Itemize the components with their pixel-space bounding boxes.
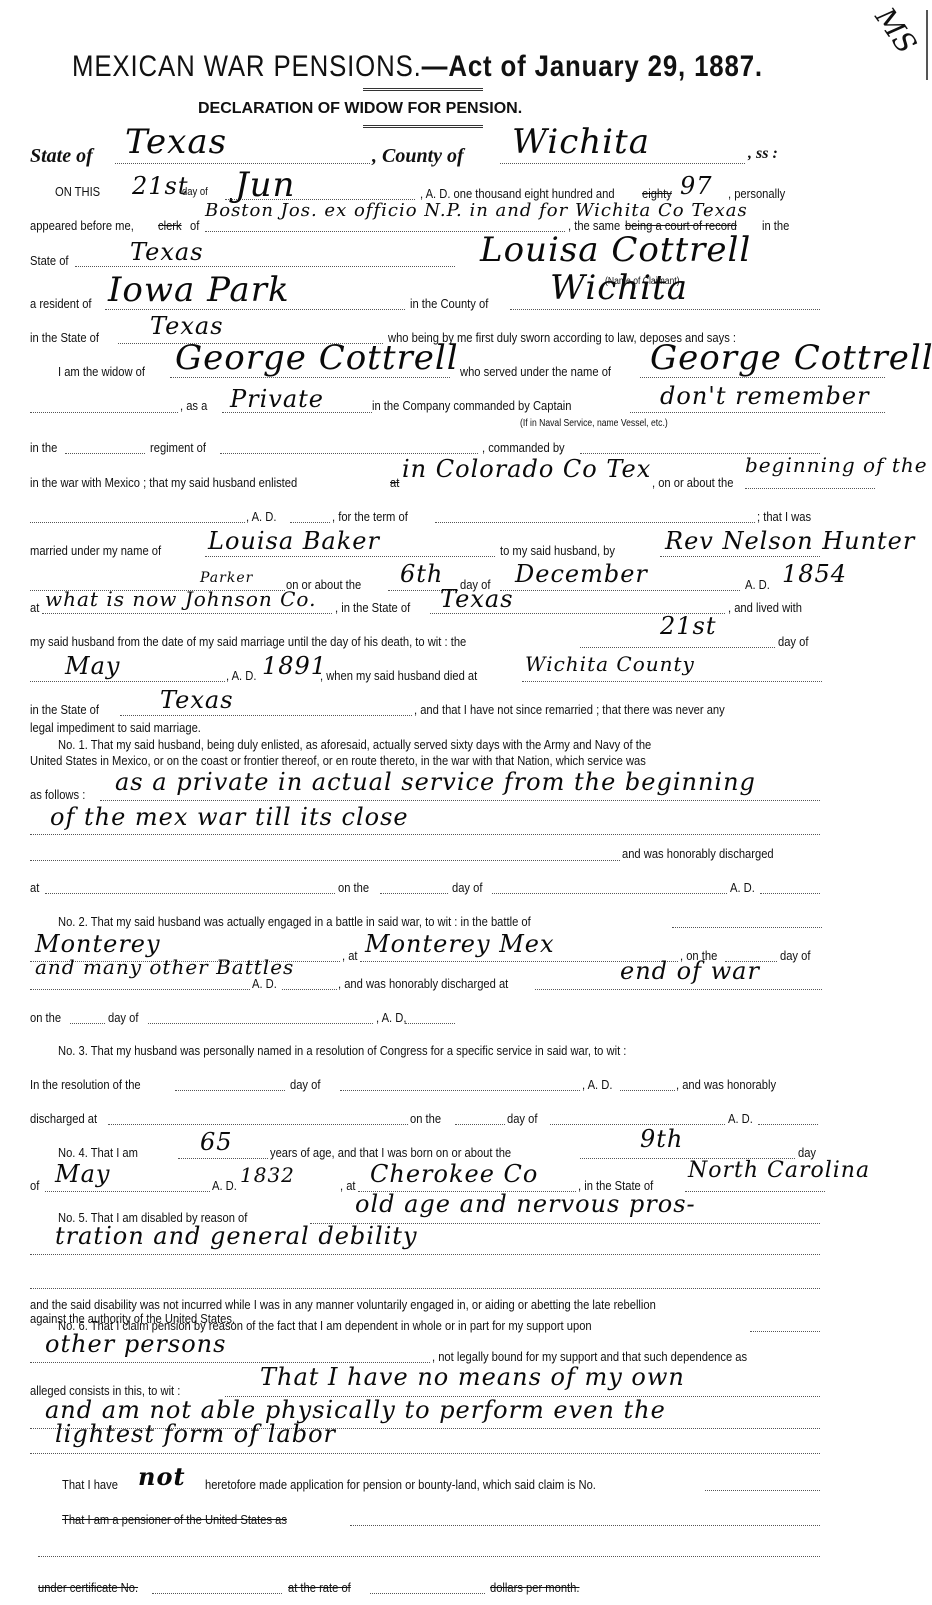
subtitle-divider	[363, 125, 483, 128]
death-month-line	[30, 681, 225, 682]
as-follows-label: as follows :	[30, 787, 85, 802]
no1-day-of-label: day of	[452, 880, 482, 895]
death-place-line	[522, 681, 822, 682]
widow-of-label: I am the widow of	[58, 364, 145, 379]
certificate-line	[152, 1593, 282, 1594]
battle-month-line	[30, 989, 250, 990]
marriage-place-correction: Parker	[200, 570, 253, 586]
maiden-name: Louisa Baker	[208, 527, 380, 555]
support-line-start	[750, 1331, 820, 1332]
term-line	[435, 522, 755, 523]
disability-line-3	[30, 1288, 820, 1289]
resolution-of-label: In the resolution of the	[30, 1077, 141, 1092]
no3-month-line	[550, 1124, 725, 1125]
resolution-day-of-label: day of	[290, 1077, 320, 1092]
birth-month: May	[55, 1160, 110, 1188]
officiant-value: Rev Nelson Hunter	[665, 527, 915, 555]
no2-discharge-value: end of war	[620, 957, 760, 985]
battle-name: Monterey	[35, 930, 161, 958]
age-line	[178, 1158, 268, 1159]
that-i-have-label: That I have	[62, 1477, 118, 1492]
captain-line	[630, 412, 885, 413]
enlist-year-line	[290, 522, 330, 523]
birth-year: 1832	[240, 1163, 295, 1187]
state-label: State of	[30, 145, 93, 168]
state-value: Texas	[125, 122, 227, 162]
appeared-label: appeared before me,	[30, 218, 134, 233]
death-day-line	[580, 647, 775, 648]
rate-struck: at the rate of	[288, 1580, 351, 1595]
to-husband-label: to my said husband, by	[500, 543, 615, 558]
resolution-year-line	[620, 1090, 675, 1091]
pensioner-line	[350, 1525, 820, 1526]
year-struck: eighty	[642, 186, 672, 201]
no3-discharge-line	[108, 1124, 408, 1125]
no2-year-line	[405, 1023, 455, 1024]
death-state-line	[120, 715, 412, 716]
no3-year-line	[758, 1124, 818, 1125]
service-prefix-line	[30, 412, 178, 413]
battle-line-start	[672, 927, 822, 928]
resident-county-value: Wichita	[550, 268, 688, 308]
pensioner-line-2	[38, 1556, 820, 1557]
term-label: , for the term of	[332, 509, 408, 524]
no2-text: No. 2. That my said husband was actually…	[58, 914, 531, 929]
birth-day: 9th	[640, 1125, 683, 1153]
declaration-year: 97	[680, 172, 713, 200]
company-label: in the Company commanded by Captain	[372, 398, 571, 413]
form-title-main: MEXICAN WAR PENSIONS.	[72, 50, 422, 83]
maiden-name-line	[205, 556, 495, 557]
battle-ad-label: A. D.	[252, 976, 277, 991]
ad-text: , A. D. one thousand eight hundred and	[420, 186, 615, 201]
day-of-label: day of	[182, 186, 208, 198]
page-edge-mark	[926, 10, 928, 80]
married-under-label: married under my name of	[30, 543, 161, 558]
rank-value: Private	[230, 385, 324, 413]
marriage-month-line	[500, 590, 740, 591]
margin-initials-note: MS	[869, 1, 923, 59]
not-remarried-text: , and that I have not since remarried ; …	[414, 702, 725, 717]
death-ad-label: , A. D.	[226, 668, 256, 683]
officiant-line	[660, 556, 820, 557]
no2-discharge-line	[535, 989, 822, 990]
enlist-date-value: beginning of the mex war	[745, 453, 932, 477]
no3-day-of-label: day of	[507, 1111, 537, 1126]
certificate-struck: under certificate No.	[38, 1580, 138, 1595]
no2-day-of-label: day of	[108, 1010, 138, 1025]
claim-number-line	[705, 1490, 820, 1491]
birth-place: Cherokee Co	[370, 1160, 538, 1188]
disability-line-2	[30, 1254, 820, 1255]
not-value: not	[138, 1462, 186, 1491]
birth-at-label: , at	[340, 1178, 356, 1193]
age-value: 65	[200, 1128, 233, 1156]
no1-day-line	[380, 893, 448, 894]
no1-at-label: at	[30, 880, 39, 895]
death-state: Texas	[160, 686, 234, 714]
no1-on-the-label: on the	[338, 880, 369, 895]
service-line-3	[30, 860, 620, 861]
no1-ad-label: A. D.	[730, 880, 755, 895]
no2-month-line	[148, 1023, 373, 1024]
dependence-reason-1: That I have no means of my own	[260, 1363, 685, 1391]
service-description-2: of the mex war till its close	[50, 803, 409, 831]
no2-day-line	[70, 1023, 105, 1024]
death-state-label: in the State of	[30, 702, 99, 717]
disability-reason-2: tration and general debility	[55, 1222, 418, 1250]
no1-text-2: United States in Mexico, or on the coast…	[30, 753, 646, 768]
resolution-month-line	[340, 1090, 580, 1091]
dependence-reason-3: lightest form of labor	[55, 1420, 336, 1448]
claimant-state-line	[75, 266, 455, 267]
birth-month-line	[45, 1191, 210, 1192]
service-line-1	[100, 800, 820, 801]
no3-text: No. 3. That my husband was personally na…	[58, 1043, 626, 1058]
claimant-state-value: Texas	[130, 238, 204, 266]
years-text: years of age, and that I was born on or …	[270, 1145, 511, 1160]
impediment-text: legal impediment to said marriage.	[30, 720, 201, 735]
court-text-2: in the	[762, 218, 789, 233]
disability-reason-1: old age and nervous pros-	[355, 1190, 696, 1218]
in-state-value: Texas	[150, 312, 224, 340]
county-value: Wichita	[512, 122, 650, 162]
resident-label: a resident of	[30, 296, 92, 311]
until-death-text: my said husband from the date of my said…	[30, 634, 466, 649]
enlist-ad-label: , A. D.	[246, 509, 276, 524]
marriage-place: what is now Johnson Co.	[45, 587, 316, 611]
in-the-label: in the	[30, 440, 57, 455]
form-title-act: —Act of January 29, 1887.	[422, 50, 763, 83]
death-day: 21st	[660, 612, 717, 640]
resolution-day-line	[175, 1090, 285, 1091]
marriage-month: December	[515, 560, 648, 588]
of-label: of	[190, 218, 199, 233]
no2-on-the-label: on the	[30, 1010, 61, 1025]
enlisted-place: in Colorado Co Tex	[402, 455, 651, 483]
ss-label: , ss :	[748, 145, 778, 163]
declaration-day: 21st	[132, 172, 189, 200]
birth-state: North Carolina	[688, 1158, 870, 1183]
dependence-line-3	[30, 1453, 820, 1454]
no1-year-line	[760, 893, 820, 894]
no2-discharged-at-label: , and was honorably discharged at	[338, 976, 508, 991]
regiment-number-line	[65, 453, 145, 454]
marriage-place-line	[42, 613, 332, 614]
commanded-by-label: , commanded by	[482, 440, 565, 455]
death-place: Wichita County	[525, 652, 695, 676]
resolution-ad-label: , A. D.	[582, 1077, 612, 1092]
dollars-struck: dollars per month.	[490, 1580, 579, 1595]
served-under-label: who served under the name of	[460, 364, 611, 379]
that-i-was-label: ; that I was	[757, 509, 811, 524]
claimant-name: Louisa Cottrell	[480, 230, 751, 270]
no3-ad-label: A. D.	[728, 1111, 753, 1126]
service-line-2	[30, 834, 820, 835]
marriage-ad-label: A. D.	[745, 577, 770, 592]
enlist-date-line	[745, 488, 875, 489]
enlisted-struck: at	[390, 475, 399, 490]
support-value: other persons	[45, 1330, 226, 1358]
death-day-of-label: day of	[778, 634, 808, 649]
rebellion-text-1: and the said disability was not incurred…	[30, 1297, 656, 1312]
rate-line	[370, 1593, 485, 1594]
war-text: in the war with Mexico ; that my said hu…	[30, 475, 297, 490]
no3-on-the-label: on the	[410, 1111, 441, 1126]
marriage-at-label: at	[30, 600, 39, 615]
no4-that-i-am: No. 4. That I am	[58, 1145, 138, 1160]
naval-note: (If in Naval Service, name Vessel, etc.)	[520, 418, 668, 429]
declaration-month: Jun	[235, 165, 295, 205]
regiment-line	[220, 453, 478, 454]
not-bound-text: , not legally bound for my support and t…	[432, 1349, 747, 1364]
county-of-label: in the County of	[410, 296, 488, 311]
form-title: MEXICAN WAR PENSIONS.—Act of January 29,…	[72, 50, 763, 84]
no3-day-line	[455, 1124, 505, 1125]
lived-with-label: , and lived with	[728, 600, 802, 615]
as-a-label: , as a	[180, 398, 207, 413]
no1-month-line	[492, 893, 727, 894]
battle-day-of-label: day of	[780, 948, 810, 963]
no2-ad-label: , A. D,	[376, 1010, 406, 1025]
form-subtitle: DECLARATION OF WIDOW FOR PENSION.	[198, 100, 522, 118]
no4-of-label: of	[30, 1178, 39, 1193]
death-year: 1891	[262, 652, 327, 680]
no1-discharge-place-line	[45, 893, 335, 894]
title-divider	[363, 88, 483, 91]
no3-discharged-at-label: discharged at	[30, 1111, 97, 1126]
heretofore-text: heretofore made application for pension …	[205, 1477, 596, 1492]
marriage-state: Texas	[440, 585, 514, 613]
county-field-line	[500, 163, 745, 164]
marriage-day: 6th	[400, 560, 443, 588]
husband-name: George Cottrell	[175, 338, 459, 378]
resolution-honorably-label: , and was honorably	[676, 1077, 776, 1092]
on-this-label: ON THIS	[55, 184, 100, 199]
captain-value: don't remember	[660, 382, 870, 410]
no1-text-1: No. 1. That my said husband, being duly …	[58, 737, 651, 752]
death-month: May	[65, 652, 120, 680]
birth-ad-label: A. D.	[212, 1178, 237, 1193]
state-field-line	[115, 163, 370, 164]
in-state-label: in the State of	[30, 330, 99, 345]
on-or-about-label: , on or about the	[652, 475, 733, 490]
battle-place: Monterey Mex	[365, 930, 555, 958]
pensioner-struck: That I am a pensioner of the United Stat…	[62, 1512, 287, 1527]
served-name: George Cottrell	[650, 338, 932, 378]
county-label: , County of	[372, 145, 464, 168]
service-description-1: as a private in actual service from the …	[115, 768, 756, 796]
battle-year-line	[282, 989, 337, 990]
resident-value: Iowa Park	[108, 270, 290, 310]
marriage-state-label: , in the State of	[335, 600, 410, 615]
marriage-year: 1854	[782, 560, 847, 588]
birth-state-line	[685, 1191, 825, 1192]
battle-at-label: , at	[342, 948, 358, 963]
enlist-day-line	[30, 522, 245, 523]
personally-label: , personally	[728, 186, 785, 201]
regiment-of-label: regiment of	[150, 440, 206, 455]
clerk-struck: clerk	[158, 218, 182, 233]
no1-discharged-label: and was honorably discharged	[622, 846, 774, 861]
resident-county-line	[510, 309, 820, 310]
died-at-label: , when my said husband died at	[320, 668, 477, 683]
state-of-label: State of	[30, 253, 69, 268]
